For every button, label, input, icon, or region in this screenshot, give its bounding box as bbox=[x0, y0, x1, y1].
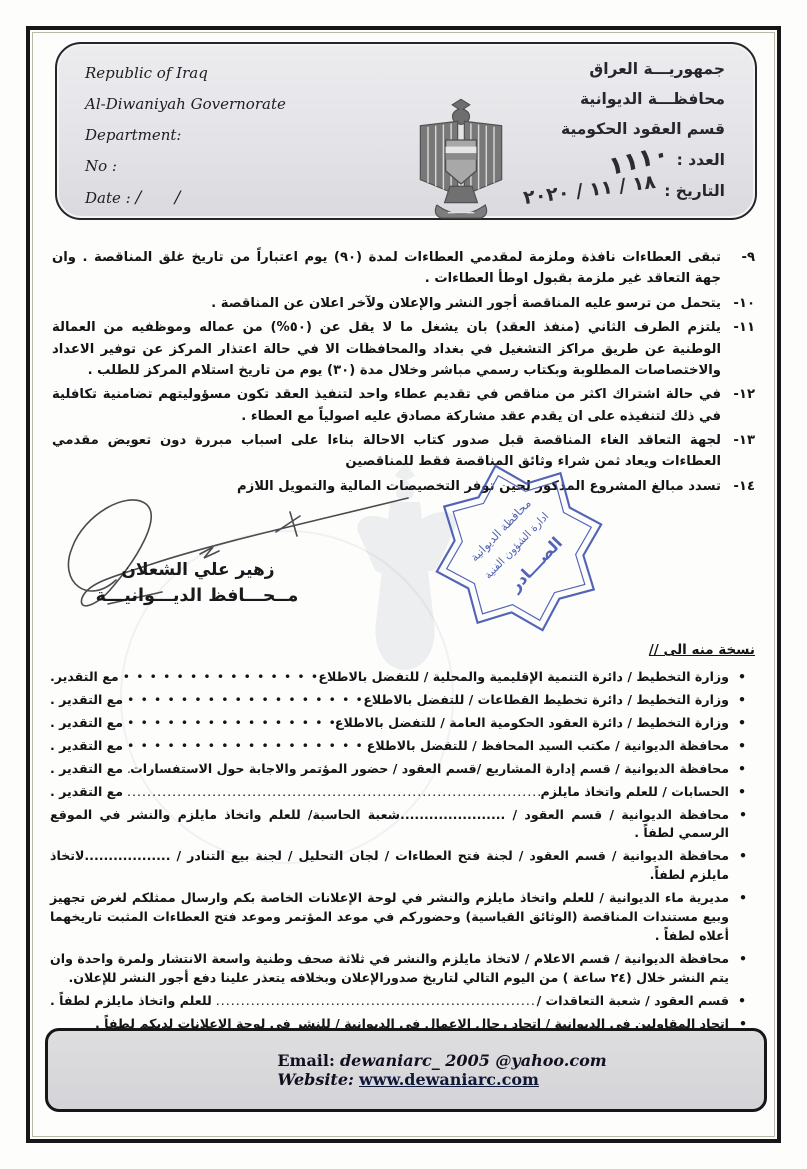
letterhead: Republic of Iraq Al-Diwaniyah Governorat… bbox=[55, 42, 757, 220]
copy-item: • قسم العقود / شعبة التعاقدات / ........… bbox=[50, 992, 755, 1011]
copies-section: نسخة منه الى // • وزارة التخطيط / دائرة … bbox=[50, 640, 755, 1060]
bullet-icon: • bbox=[729, 668, 755, 687]
date-row-ar: التاريخ : ٢٠٢٠ / ١١ / ١٨ bbox=[523, 182, 725, 200]
bullet-icon: • bbox=[729, 737, 755, 756]
bullet-icon: • bbox=[729, 691, 755, 710]
condition-text: في حالة اشتراك اكثر من مناقص في تقديم عط… bbox=[52, 384, 721, 427]
copy-text: قسم العقود / شعبة التعاقدات / bbox=[537, 992, 729, 1011]
copy-item: • محافظة الديوانية / قسم العقود / ......… bbox=[50, 806, 755, 844]
number-label-en: No : bbox=[85, 157, 286, 175]
copy-text: محافظة الديوانية / قسم العقود / ........… bbox=[50, 806, 729, 844]
condition-item: ٩- تبقى العطاءات نافذة وملزمة لمقدمي الع… bbox=[52, 247, 755, 290]
copy-item: • محافظة الديوانية / مكتب السيد المحافظ … bbox=[50, 737, 755, 756]
footer-contact-box: Email: dewaniarc_ 2005 @yahoo.com Websit… bbox=[45, 1028, 767, 1112]
governorate-name-en: Al-Diwaniyah Governorate bbox=[85, 95, 286, 113]
condition-number: ١٤- bbox=[721, 476, 755, 497]
date-slashes-handwriting: / / bbox=[135, 188, 220, 208]
bullet-icon: • bbox=[729, 783, 755, 802]
condition-text: تبقى العطاءات نافذة وملزمة لمقدمي العطاء… bbox=[52, 247, 721, 290]
letterhead-english-block: Republic of Iraq Al-Diwaniyah Governorat… bbox=[85, 64, 286, 208]
signature-scribble-icon bbox=[52, 484, 432, 629]
leader-dots: • • • • • • • • • • • • • • • • • • • • … bbox=[127, 691, 363, 710]
footer-contact-lines: Email: dewaniarc_ 2005 @yahoo.com Websit… bbox=[277, 1051, 606, 1089]
country-name-en: Republic of Iraq bbox=[85, 64, 286, 82]
copy-text: وزارة التخطيط / دائرة تخطيط القطاعات / ل… bbox=[363, 691, 729, 710]
copy-tail: مع التقدير . bbox=[50, 714, 127, 733]
tender-conditions-list: ٩- تبقى العطاءات نافذة وملزمة لمقدمي الع… bbox=[52, 247, 755, 500]
copy-text: وزارة التخطيط / دائرة التنمية الإقليمية … bbox=[318, 668, 729, 687]
copy-text: محافظة الديوانية / قسم العقود / لجنة فتح… bbox=[50, 847, 729, 885]
copy-tail: مع التقدير . bbox=[50, 760, 127, 779]
leader-dots: • • • • • • • • • • • • • • • • • • • • … bbox=[123, 668, 319, 687]
copy-tail: للعلم واتخاذ مايلزم لطفاً . bbox=[50, 992, 216, 1011]
copy-tail: مع التقدير . bbox=[50, 737, 127, 756]
bullet-icon: • bbox=[729, 714, 755, 733]
copy-text: مديرية ماء الديوانية / للعلم واتخاذ مايل… bbox=[50, 889, 729, 946]
copy-tail: مع التقدير . bbox=[50, 783, 127, 802]
copies-heading: نسخة منه الى // bbox=[649, 640, 755, 660]
department-label-en: Department: bbox=[85, 126, 286, 144]
scanned-letter-page: Republic of Iraq Al-Diwaniyah Governorat… bbox=[0, 0, 807, 1169]
email-line: Email: dewaniarc_ 2005 @yahoo.com bbox=[277, 1051, 606, 1070]
copy-item: • محافظة الديوانية / قسم العقود / لجنة ف… bbox=[50, 847, 755, 885]
email-value: dewaniarc_ 2005 @yahoo.com bbox=[340, 1051, 607, 1070]
copy-text: محافظة الديوانية / قسم إدارة المشاريع /ق… bbox=[130, 760, 729, 779]
condition-number: ١٣- bbox=[721, 430, 755, 473]
condition-number: ١٢- bbox=[721, 384, 755, 427]
letterhead-arabic-block: جمهوريـــة العراق محافظـــة الديوانية قس… bbox=[523, 60, 725, 200]
copy-item: • مديرية ماء الديوانية / للعلم واتخاذ ما… bbox=[50, 889, 755, 946]
condition-item: ١٣- لجهة التعاقد الغاء المناقصة قبل صدور… bbox=[52, 430, 755, 473]
leader-dots: ........................................… bbox=[127, 760, 130, 779]
governorate-name-ar: محافظـــة الديوانية bbox=[523, 90, 725, 108]
copy-item: • وزارة التخطيط / دائرة العقود الحكومية … bbox=[50, 714, 755, 733]
copy-text: الحسابات / للعلم واتخاذ مايلزم bbox=[540, 783, 729, 802]
condition-item: ١٠- يتحمل من ترسو عليه المناقصة أجور الن… bbox=[52, 293, 755, 314]
date-label-ar: التاريخ : bbox=[664, 182, 725, 200]
condition-number: ١١- bbox=[721, 317, 755, 381]
department-name-ar: قسم العقود الحكومية bbox=[523, 120, 725, 138]
copy-text: محافظة الديوانية / قسم الاعلام / لاتخاذ … bbox=[50, 950, 729, 988]
condition-number: ١٠- bbox=[721, 293, 755, 314]
copy-text: وزارة التخطيط / دائرة العقود الحكومية ال… bbox=[335, 714, 729, 733]
bullet-icon: • bbox=[739, 889, 747, 908]
copy-text: محافظة الديوانية / مكتب السيد المحافظ / … bbox=[367, 737, 729, 756]
condition-number: ٩- bbox=[721, 247, 755, 290]
signatory-title: مــحـــافظ الديـــوانيـــة bbox=[62, 586, 332, 606]
website-label: Website: bbox=[277, 1070, 354, 1089]
condition-item: ١٢- في حالة اشتراك اكثر من مناقص في تقدي… bbox=[52, 384, 755, 427]
number-label-ar: العدد : bbox=[677, 151, 725, 169]
bullet-icon: • bbox=[739, 806, 747, 825]
date-label-en: Date : bbox=[85, 189, 131, 207]
copy-item: • محافظة الديوانية / قسم إدارة المشاريع … bbox=[50, 760, 755, 779]
number-row-ar: العدد : ١١١٠ bbox=[523, 150, 725, 170]
leader-dots: ........................................… bbox=[127, 783, 540, 802]
leader-dots: • • • • • • • • • • • • • • • • • • • • … bbox=[127, 737, 367, 756]
copy-item: • وزارة التخطيط / دائرة التنمية الإقليمي… bbox=[50, 668, 755, 687]
condition-text: يتحمل من ترسو عليه المناقصة أجور النشر و… bbox=[52, 293, 721, 314]
condition-text: يلتزم الطرف الثاني (منفذ العقد) بان يشغل… bbox=[52, 317, 721, 381]
copy-item: • محافظة الديوانية / قسم الاعلام / لاتخا… bbox=[50, 950, 755, 988]
leader-dots: • • • • • • • • • • • • • • • • • • • • … bbox=[127, 714, 335, 733]
signatory-name: زهير علي الشعلان bbox=[78, 560, 318, 580]
condition-text: لجهة التعاقد الغاء المناقصة قبل صدور كتا… bbox=[52, 430, 721, 473]
website-value: www.dewaniarc.com bbox=[359, 1070, 539, 1089]
copy-tail: مع التقدير. bbox=[50, 668, 123, 687]
bullet-icon: • bbox=[729, 992, 755, 1011]
iraq-eagle-emblem-icon bbox=[409, 96, 513, 228]
leader-dots: ........................................… bbox=[216, 992, 537, 1011]
document-date-handwritten: ٢٠٢٠ / ١١ / ١٨ bbox=[523, 175, 657, 206]
country-name-ar: جمهوريـــة العراق bbox=[523, 60, 725, 78]
bullet-icon: • bbox=[739, 950, 747, 969]
bullet-icon: • bbox=[739, 847, 747, 866]
copy-tail: مع التقدير . bbox=[50, 691, 127, 710]
date-row-en: Date : / / bbox=[85, 188, 286, 208]
copy-item: • الحسابات / للعلم واتخاذ مايلزم .......… bbox=[50, 783, 755, 802]
bullet-icon: • bbox=[729, 760, 755, 779]
condition-item: ١١- يلتزم الطرف الثاني (منفذ العقد) بان … bbox=[52, 317, 755, 381]
email-label: Email: bbox=[277, 1051, 335, 1070]
website-line: Website: www.dewaniarc.com bbox=[277, 1070, 606, 1089]
copy-item: • وزارة التخطيط / دائرة تخطيط القطاعات /… bbox=[50, 691, 755, 710]
